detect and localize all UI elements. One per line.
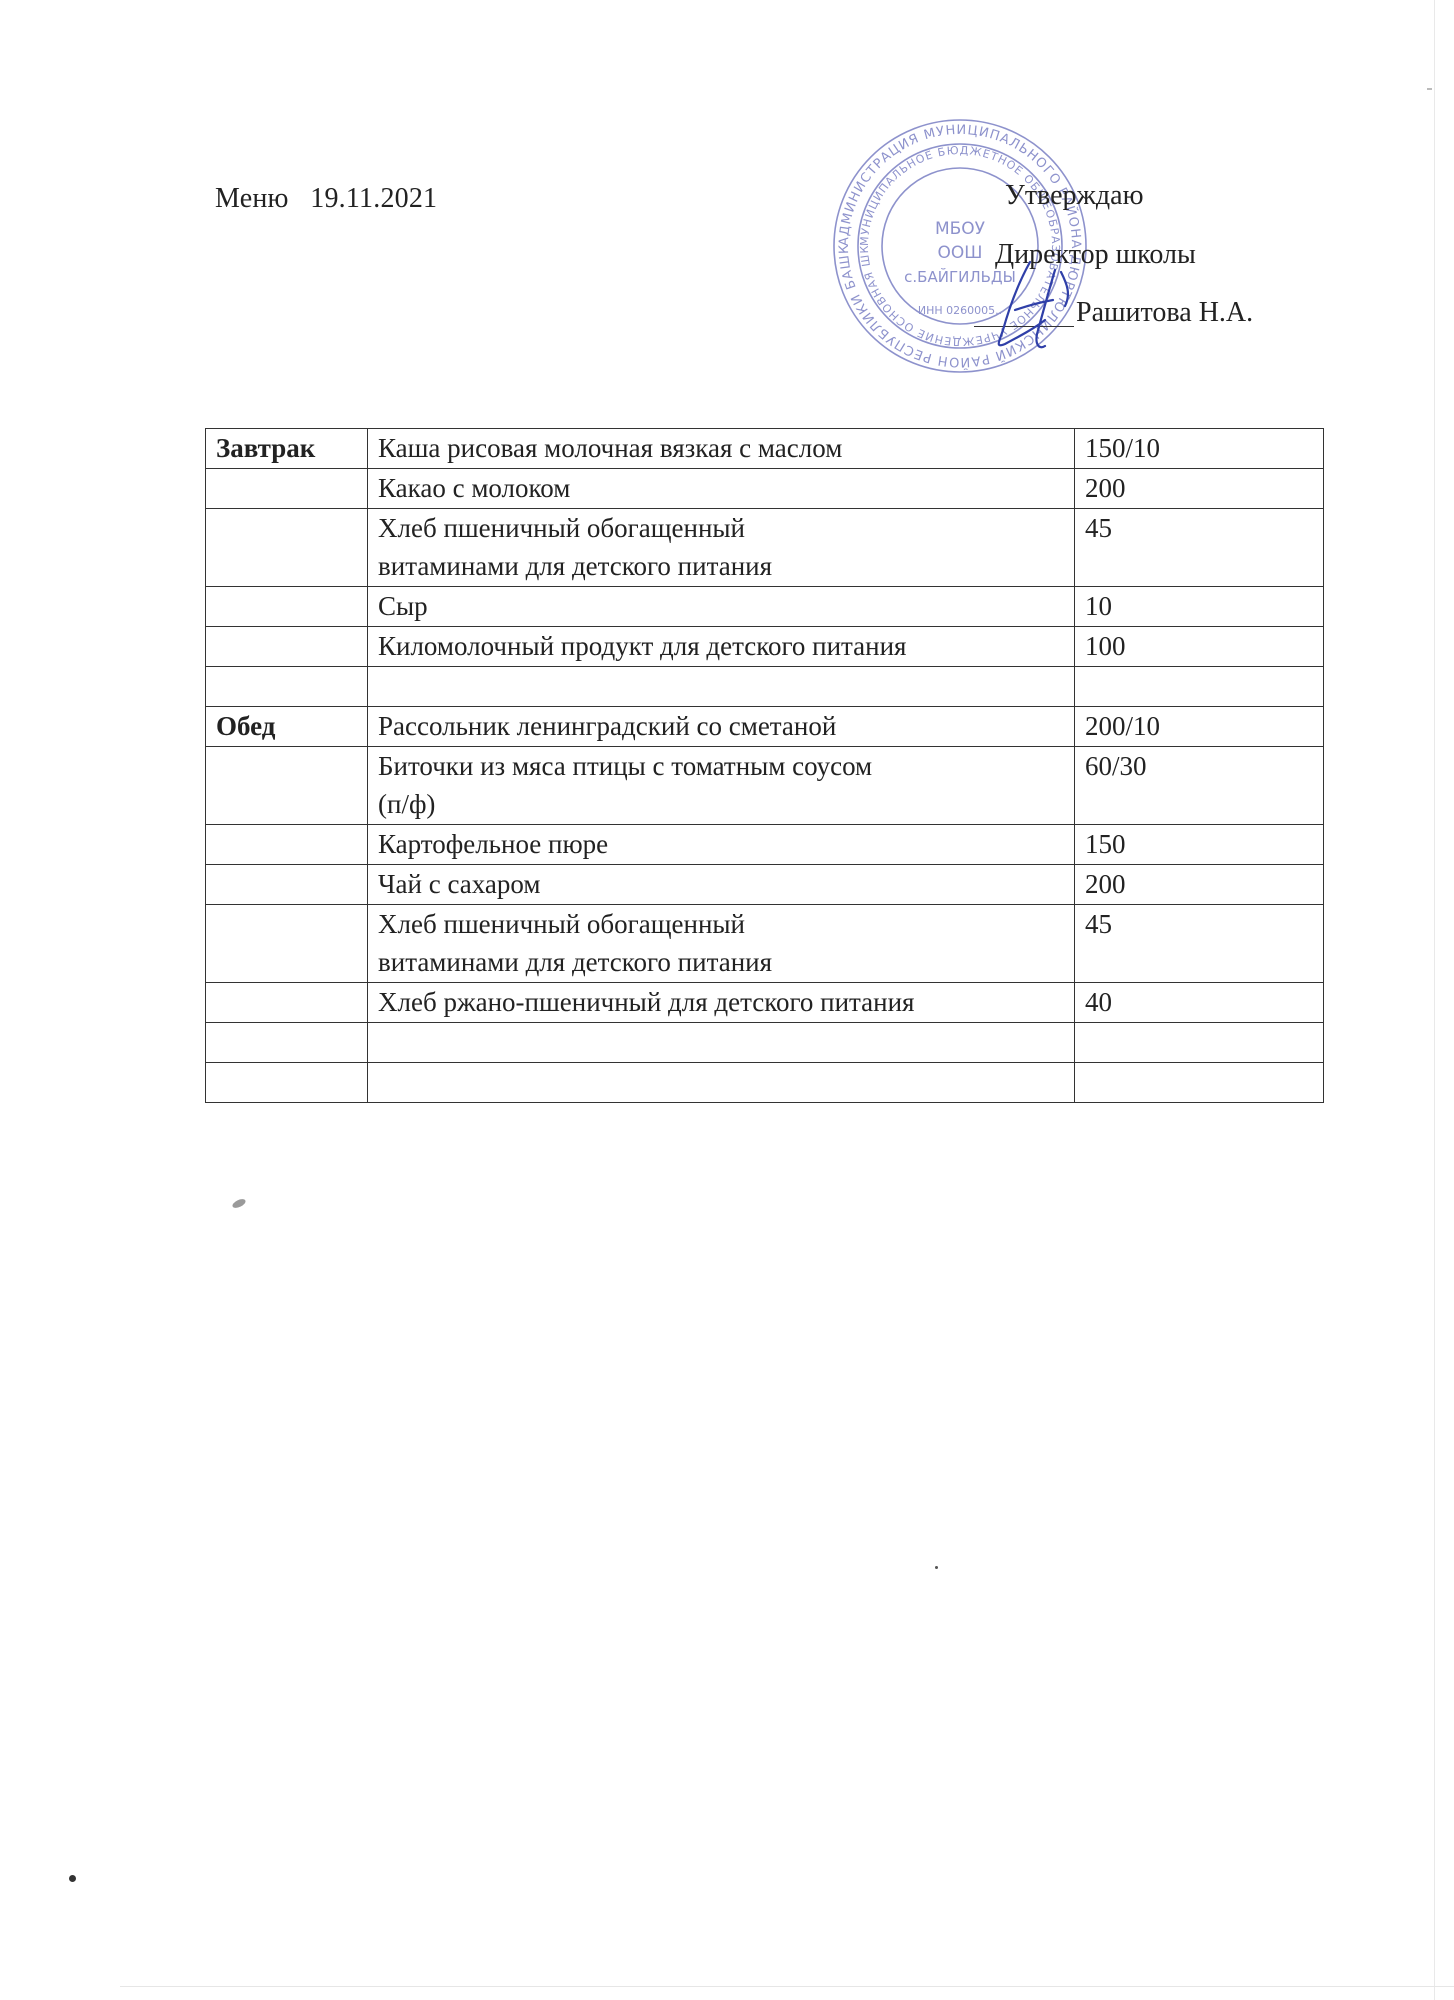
table-row: Сыр10 xyxy=(206,587,1324,627)
table-row: Киломолочный продукт для детского питани… xyxy=(206,627,1324,667)
menu-label: Меню xyxy=(215,183,289,214)
portion-cell: 200/10 xyxy=(1075,707,1324,747)
portion-cell: 150/10 xyxy=(1075,429,1324,469)
dish-cell: Рассольник ленинградский со сметаной xyxy=(368,707,1075,747)
portion-cell xyxy=(1075,1063,1324,1103)
dish-cell: Биточки из мяса птицы с томатным соусом … xyxy=(368,747,1075,825)
dish-cell: Чай с сахаром xyxy=(368,865,1075,905)
dish-cell: Картофельное пюре xyxy=(368,825,1075,865)
portion-cell: 200 xyxy=(1075,865,1324,905)
table-row xyxy=(206,1063,1324,1103)
meal-cell xyxy=(206,587,368,627)
meal-cell xyxy=(206,469,368,509)
dish-cell: Какао с молоком xyxy=(368,469,1075,509)
dish-cell: Киломолочный продукт для детского питани… xyxy=(368,627,1075,667)
meal-cell xyxy=(206,905,368,983)
table-row xyxy=(206,667,1324,707)
portion-cell: 200 xyxy=(1075,469,1324,509)
director-name: Рашитова Н.А. xyxy=(1076,297,1253,329)
meal-cell xyxy=(206,865,368,905)
portion-cell: 10 xyxy=(1075,587,1324,627)
dish-cell: Хлеб пшеничный обогащенный витаминами дл… xyxy=(368,905,1075,983)
dish-cell xyxy=(368,1063,1075,1103)
meal-cell xyxy=(206,1063,368,1103)
svg-text:МБОУ: МБОУ xyxy=(935,219,986,239)
table-row: Какао с молоком200 xyxy=(206,469,1324,509)
menu-date: 19.11.2021 xyxy=(310,183,437,214)
dish-cell: Сыр xyxy=(368,587,1075,627)
table-row: ОбедРассольник ленинградский со сметаной… xyxy=(206,707,1324,747)
dish-cell: Хлеб ржано-пшеничный для детского питани… xyxy=(368,983,1075,1023)
meal-cell: Обед xyxy=(206,707,368,747)
table-row: ЗавтракКаша рисовая молочная вязкая с ма… xyxy=(206,429,1324,469)
meal-cell xyxy=(206,1023,368,1063)
table-row xyxy=(206,1023,1324,1063)
portion-cell: 45 xyxy=(1075,905,1324,983)
scan-artifact xyxy=(1427,88,1432,90)
scan-artifact xyxy=(69,1875,76,1882)
meal-cell: Завтрак xyxy=(206,429,368,469)
table-row: Чай с сахаром200 xyxy=(206,865,1324,905)
scan-artifact xyxy=(935,1566,938,1569)
meal-cell xyxy=(206,983,368,1023)
table-row: Картофельное пюре150 xyxy=(206,825,1324,865)
portion-cell xyxy=(1075,667,1324,707)
portion-cell: 45 xyxy=(1075,509,1324,587)
portion-cell: 40 xyxy=(1075,983,1324,1023)
table-row: Хлеб пшеничный обогащенный витаминами дл… xyxy=(206,905,1324,983)
dish-cell xyxy=(368,1023,1075,1063)
meal-cell xyxy=(206,667,368,707)
document-title: Меню 19.11.2021 xyxy=(215,183,437,215)
meal-cell xyxy=(206,747,368,825)
page-edge xyxy=(1434,0,1435,2000)
menu-table: ЗавтракКаша рисовая молочная вязкая с ма… xyxy=(205,428,1324,1103)
table-row: Хлеб ржано-пшеничный для детского питани… xyxy=(206,983,1324,1023)
table-row: Хлеб пшеничный обогащенный витаминами дл… xyxy=(206,509,1324,587)
portion-cell: 100 xyxy=(1075,627,1324,667)
dish-cell: Каша рисовая молочная вязкая с маслом xyxy=(368,429,1075,469)
dish-cell: Хлеб пшеничный обогащенный витаминами дл… xyxy=(368,509,1075,587)
meal-cell xyxy=(206,509,368,587)
scan-artifact xyxy=(231,1197,247,1209)
table-row: Биточки из мяса птицы с томатным соусом … xyxy=(206,747,1324,825)
portion-cell: 150 xyxy=(1075,825,1324,865)
signature-icon xyxy=(975,250,1085,360)
portion-cell xyxy=(1075,1023,1324,1063)
meal-cell xyxy=(206,627,368,667)
meal-cell xyxy=(206,825,368,865)
page-edge xyxy=(120,1986,1454,1987)
approve-label: Утверждаю xyxy=(1005,180,1143,212)
portion-cell: 60/30 xyxy=(1075,747,1324,825)
dish-cell xyxy=(368,667,1075,707)
